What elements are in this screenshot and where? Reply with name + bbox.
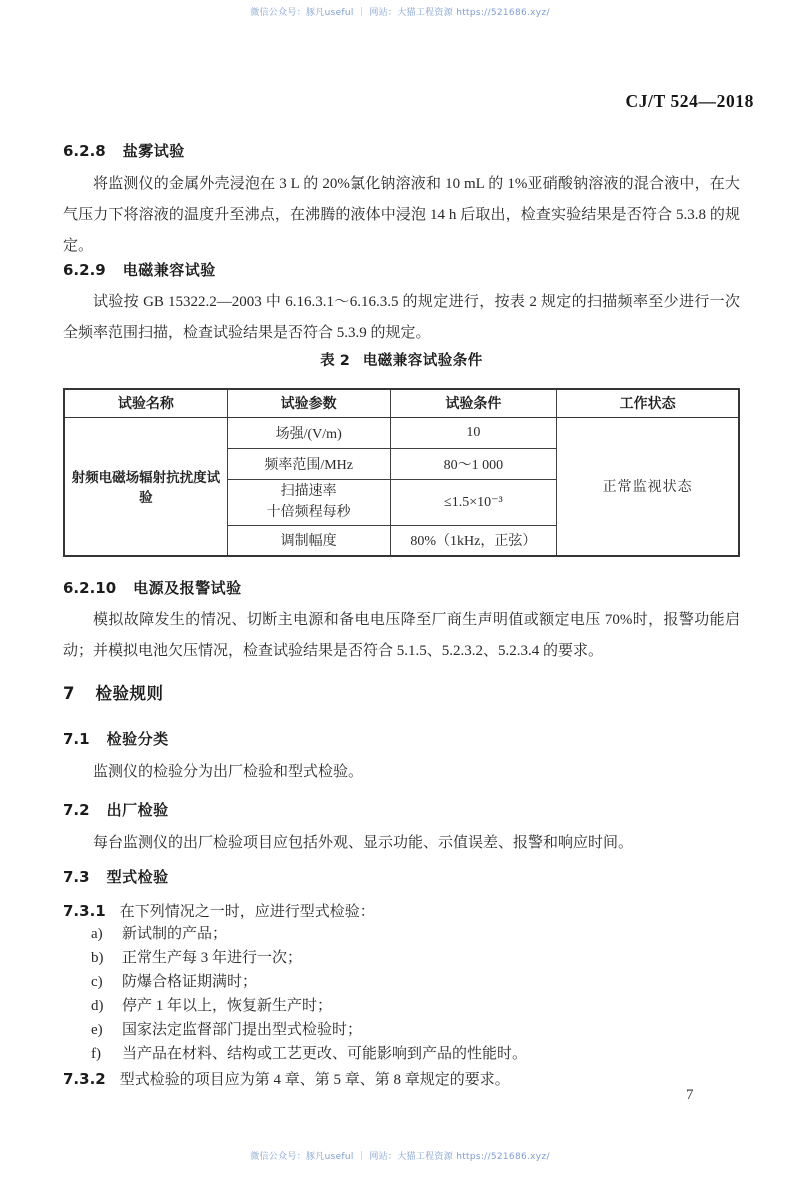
clause-text: 型式检验的项目应为第 4 章、第 5 章、第 8 章规定的要求。 [120,1072,510,1088]
clause-text: 在下列情况之一时，应进行型式检验： [120,904,375,920]
paragraph-6-2-8: 将监测仪的金属外壳浸泡在 3 L 的 20%氯化钠溶液和 10 mL 的 1%亚… [63,169,740,262]
section-title: 盐雾试验 [123,142,185,160]
section-number: 6.2.8 [63,142,106,160]
section-title: 电磁兼容试验 [123,261,216,279]
list-item-label: c) [91,970,122,994]
clause-number: 7.3.1 [63,902,106,920]
table-cell-condition: 80～1 000 [390,448,557,479]
paragraph-6-2-9: 试验按 GB 15322.2—2003 中 6.16.3.1～6.16.3.5 … [63,287,740,349]
section-heading-7-1: 7.1检验分类 [63,728,169,749]
watermark-top: 微信公众号：豚凡useful ｜ 网站：大猫工程资源 https://52168… [0,5,800,18]
list-item-text: 正常生产每 3 年进行一次； [122,950,302,966]
table-cell-work-state: 正常监视状态 [557,417,739,556]
section-title: 型式检验 [107,868,169,886]
clause-7-3-1: 7.3.1在下列情况之一时，应进行型式检验： [63,900,375,921]
table-cell-condition: 80%（1kHz，正弦） [390,525,557,556]
section-title: 出厂检验 [107,801,169,819]
list-item-label: b) [91,946,122,970]
paragraph-7-2: 每台监测仪的出厂检验项目应包括外观、显示功能、示值误差、报警和响应时间。 [63,828,740,859]
table-caption-number: 表 2 [320,353,350,369]
table-caption-title: 电磁兼容试验条件 [363,353,483,369]
watermark-bottom: 微信公众号：豚凡useful ｜ 网站：大猫工程资源 https://52168… [0,1149,800,1162]
list-item-text: 防爆合格证期满时； [122,974,257,990]
table-cell-condition: 10 [390,417,557,448]
clause-number: 7.3.2 [63,1070,106,1088]
table-cell-param: 频率范围/MHz [227,448,390,479]
table-header-test-name: 试验名称 [64,389,227,417]
section-heading-6-2-10: 6.2.10电源及报警试验 [63,577,242,598]
list-item-text: 国家法定监督部门提出型式检验时； [122,1022,362,1038]
list-item-label: f) [91,1042,122,1066]
table-row: 射频电磁场辐射抗扰度试验 场强/(V/m) 10 正常监视状态 [64,417,739,448]
clause-7-3-2: 7.3.2型式检验的项目应为第 4 章、第 5 章、第 8 章规定的要求。 [63,1068,510,1089]
list-item-text: 新试制的产品； [122,926,227,942]
table-cell-test-name: 射频电磁场辐射抗扰度试验 [64,417,227,556]
section-number: 6.2.10 [63,579,116,597]
list-item: d)停产 1 年以上，恢复新生产时； [63,994,740,1018]
paragraph-6-2-10: 模拟故障发生的情况、切断主电源和备电电压降至厂商生声明值或额定电压 70%时，报… [63,605,740,667]
section-number: 7.1 [63,730,90,748]
list-item-text: 停产 1 年以上，恢复新生产时； [122,998,332,1014]
section-title: 检验分类 [107,730,169,748]
chapter-number: 7 [63,684,74,703]
page-number: 7 [686,1087,694,1104]
list-item-label: a) [91,922,122,946]
table-header-test-condition: 试验条件 [390,389,557,417]
table-cell-param: 扫描速率 十倍频程每秒 [227,479,390,525]
table-caption: 表 2电磁兼容试验条件 [63,349,740,370]
section-heading-7-2: 7.2出厂检验 [63,799,169,820]
list-item: e)国家法定监督部门提出型式检验时； [63,1018,740,1042]
table-header-row: 试验名称 试验参数 试验条件 工作状态 [64,389,739,417]
list-item-text: 当产品在材料、结构或工艺更改、可能影响到产品的性能时。 [122,1046,527,1062]
list-item: c)防爆合格证期满时； [63,970,740,994]
param-line-1: 扫描速率 [232,481,386,502]
table-cell-param: 调制幅度 [227,525,390,556]
section-number: 7.3 [63,868,90,886]
chapter-heading-7: 7检验规则 [63,680,163,704]
section-heading-6-2-9: 6.2.9电磁兼容试验 [63,259,216,280]
section-title: 电源及报警试验 [133,579,242,597]
param-line-2: 十倍频程每秒 [232,502,386,523]
list-item-label: e) [91,1018,122,1042]
list-item: b)正常生产每 3 年进行一次； [63,946,740,970]
table-cell-param: 场强/(V/m) [227,417,390,448]
list-item-label: d) [91,994,122,1018]
section-heading-7-3: 7.3型式检验 [63,866,169,887]
paragraph-7-1: 监测仪的检验分为出厂检验和型式检验。 [63,757,740,788]
section-number: 6.2.9 [63,261,106,279]
list-item: f)当产品在材料、结构或工艺更改、可能影响到产品的性能时。 [63,1042,740,1066]
table-emc-test-conditions: 试验名称 试验参数 试验条件 工作状态 射频电磁场辐射抗扰度试验 场强/(V/m… [63,388,740,557]
section-heading-6-2-8: 6.2.8盐雾试验 [63,140,185,161]
list-item: a)新试制的产品； [63,922,740,946]
table-header-work-state: 工作状态 [557,389,739,417]
doc-number: CJ/T 524—2018 [625,91,754,112]
table-header-test-param: 试验参数 [227,389,390,417]
chapter-title: 检验规则 [95,684,163,703]
type-test-condition-list: a)新试制的产品； b)正常生产每 3 年进行一次； c)防爆合格证期满时； d… [63,922,740,1066]
section-number: 7.2 [63,801,90,819]
table-cell-condition: ≤1.5×10⁻³ [390,479,557,525]
